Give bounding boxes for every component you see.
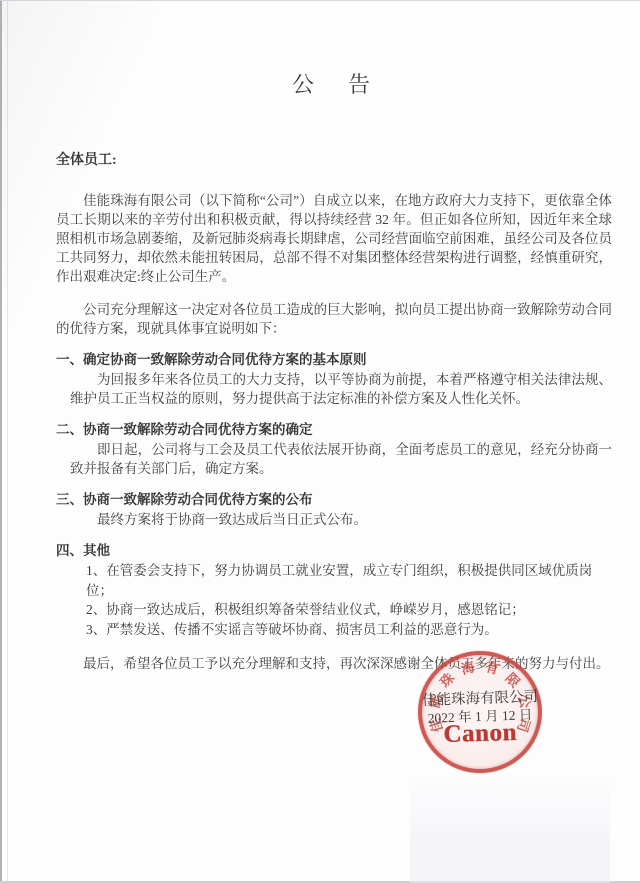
section-4-heading: 四、其他 [56, 541, 612, 561]
photo-edge-left-2 [7, 0, 8, 883]
section-4-item-2: 2、协商一致达成后，积极组织筹备荣誉结业仪式，峥嵘岁月，感恩铭记； [86, 600, 612, 620]
section-1: 一、确定协商一致解除劳动合同优待方案的基本原则 为回报多年来各位员工的大力支持，… [56, 350, 612, 408]
photo-edge-left [0, 0, 2, 883]
section-4: 四、其他 1、在管委会支持下，努力协调员工就业安置，成立专门组织，积极提供同区域… [56, 541, 612, 639]
section-4-item-3: 3、严禁发送、传播不实谣言等破坏协商、损害员工利益的恶意行为。 [86, 620, 612, 640]
company-seal: 佳能珠海有限公司 佳能珠海有限公司 2022 年 1 月 12 日 Canon [418, 651, 542, 773]
section-2-heading: 二、协商一致解除劳动合同优待方案的确定 [56, 420, 612, 440]
section-1-heading: 一、确定协商一致解除劳动合同优待方案的基本原则 [56, 350, 612, 370]
section-2: 二、协商一致解除劳动合同优待方案的确定 即日起，公司将与工会及员工代表依法展开协… [56, 420, 612, 478]
page-title: 公 告 [56, 68, 612, 99]
purpose-paragraph: 公司充分理解这一决定对各位员工造成的巨大影响，拟向员工提出协商一致解除劳动合同的… [56, 300, 612, 338]
intro-paragraph: 佳能珠海有限公司（以下简称“公司”）自成立以来，在地方政府大力支持下，更依靠全体… [56, 191, 612, 286]
section-2-body: 即日起，公司将与工会及员工代表依法展开协商，全面考虑员工的意见，经充分协商一致并… [70, 440, 612, 478]
section-4-item-1: 1、在管委会支持下，努力协调员工就业安置，成立专门组织，积极提供同区域优质岗位； [86, 561, 612, 600]
salutation: 全体员工: [56, 149, 612, 169]
section-3-heading: 三、协商一致解除劳动合同优待方案的公布 [56, 490, 612, 510]
photo-shading-bottom-right [410, 773, 610, 883]
document-body: 公 告 全体员工: 佳能珠海有限公司（以下简称“公司”）自成立以来，在地方政府大… [56, 0, 612, 673]
canon-logo: Canon [418, 718, 543, 749]
section-3: 三、协商一致解除劳动合同优待方案的公布 最终方案将于协商一致达成后当日正式公布。 [56, 490, 612, 529]
section-1-body: 为回报多年来各位员工的大力支持，以平等协商为前提，本着严格遵守相关法律法规、维护… [70, 370, 612, 408]
section-3-body: 最终方案将于协商一致达成后当日正式公布。 [70, 510, 612, 529]
